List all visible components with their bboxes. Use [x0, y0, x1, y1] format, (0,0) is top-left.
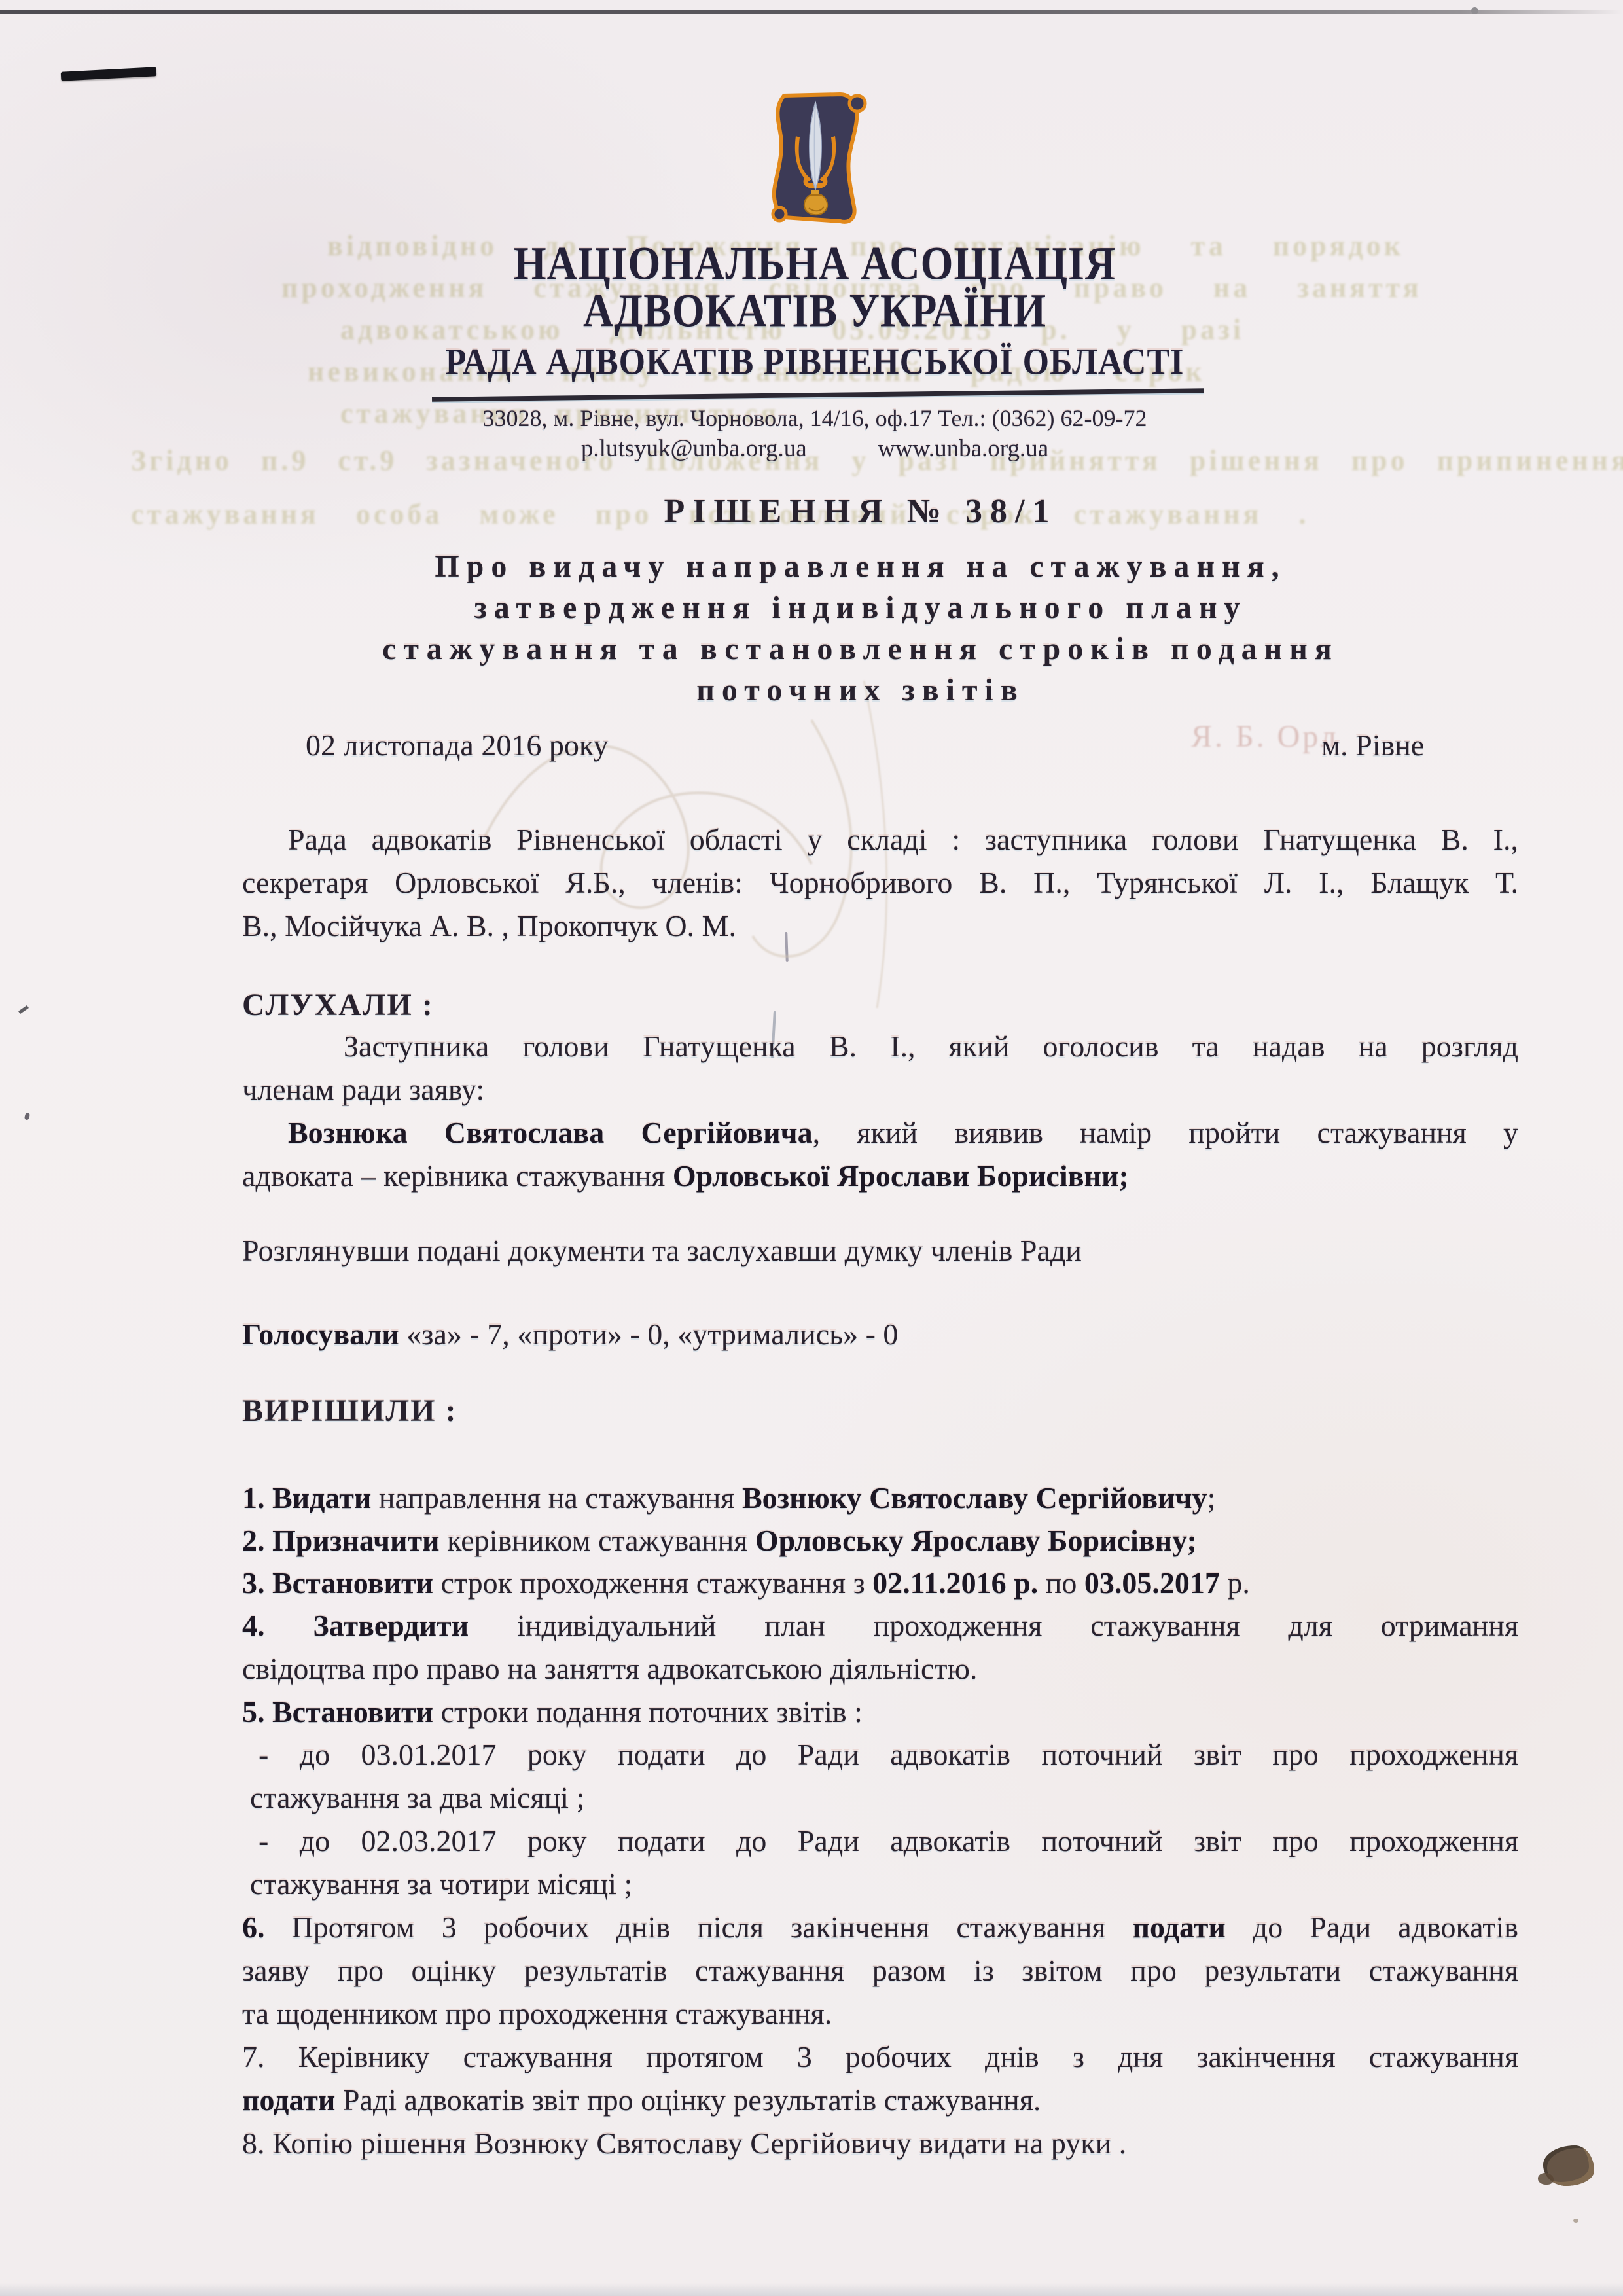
org-name-line1: НАЦІОНАЛЬНА АСОЦІАЦІЯ — [160, 240, 1469, 288]
ink-smudge-small — [1538, 2173, 1554, 2185]
item7-text: Раді адвокатів звіт про оцінку результат… — [335, 2083, 1041, 2117]
heard-p1-line2: членам ради заяву: — [242, 1068, 1518, 1111]
org-name-line3: РАДА АДВОКАТІВ РІВНЕНСЬКОЇ ОБЛАСТІ — [160, 343, 1469, 382]
council-composition-paragraph: Рада адвокатів Рівненської області у скл… — [242, 818, 1518, 948]
item4-action: 4. Затвердити — [242, 1609, 469, 1642]
scanned-decision-document: відповідно до Положення про організацію … — [0, 0, 1623, 2296]
resolution-item-5a: - до 03.01.2017 року подати до Ради адво… — [242, 1733, 1518, 1820]
subject-line-1: Про видачу направлення на стажування, — [242, 548, 1479, 584]
org-name-line2: АДВОКАТІВ УКРАЇНИ — [160, 287, 1469, 335]
scan-dot-artifact — [1471, 7, 1478, 14]
item2-name: Орловську Ярославу Борисівну; — [755, 1524, 1197, 1557]
resolution-item-8: 8. Копію рішення Вознюку Святославу Серг… — [242, 2122, 1518, 2165]
item7-line1: 7. Керівнику стажування протягом 3 робоч… — [242, 2036, 1518, 2079]
resolution-item-3: 3. Встановити строк проходження стажуван… — [242, 1562, 1518, 1605]
heard-heading: СЛУХАЛИ : — [242, 987, 434, 1023]
item3-text: строк проходження стажування з — [433, 1566, 872, 1600]
item1-text: направлення на стажування — [371, 1481, 742, 1515]
heard-p2-line1: Вознюка Святослава Сергійовича, який вия… — [242, 1111, 1518, 1155]
org-name-line2-text: АДВОКАТІВ УКРАЇНИ — [583, 284, 1046, 338]
org-name-line3-text: РАДА АДВОКАТІВ РІВНЕНСЬКОЇ ОБЛАСТІ — [446, 341, 1185, 384]
item6-text2: до Ради адвокатів — [1226, 1910, 1518, 1944]
considered-paragraph: Розглянувши подані документи та заслухав… — [242, 1229, 1518, 1272]
item3-action: 3. Встановити — [242, 1566, 433, 1600]
org-address: 33028, м. Рівне, вул. Чорновола, 14/16, … — [160, 404, 1469, 432]
subject-line-2: затвердження індивідуального плану — [242, 590, 1479, 626]
paper-speck — [1573, 2219, 1578, 2223]
scan-bottom-shadow — [0, 2283, 1623, 2296]
item6-number: 6. — [242, 1910, 265, 1944]
item4-line2: свідоцтва про право на заняття адвокатсь… — [242, 1647, 1518, 1691]
subject-line-3: стажування та встановлення строків подан… — [242, 631, 1479, 667]
black-marker-stroke — [61, 67, 157, 81]
resolution-item-2: 2. Призначити керівником стажування Орло… — [242, 1519, 1518, 1562]
item1-name: Вознюку Святославу Сергійовичу — [742, 1481, 1207, 1515]
intro-line-2: секретаря Орловської Я.Б., членів: Чорно… — [242, 861, 1518, 905]
decision-place: м. Рівне — [1321, 724, 1424, 767]
item6-line2: заяву про оцінку результатів стажування … — [242, 1949, 1518, 1992]
resolution-item-5: 5. Встановити строки подання поточних зв… — [242, 1691, 1518, 1734]
resolution-item-7: 7. Керівнику стажування протягом 3 робоч… — [242, 2036, 1518, 2122]
item3-tail: р. — [1220, 1566, 1250, 1600]
unba-logo-icon — [759, 85, 872, 226]
item5a-line1: - до 03.01.2017 року подати до Ради адво… — [242, 1733, 1518, 1776]
scan-top-edge-line — [0, 10, 1623, 14]
item7-line2: подати Раді адвокатів звіт про оцінку ре… — [242, 2079, 1518, 2122]
resolution-item-6: 6. Протягом 3 робочих днів після закінче… — [242, 1906, 1518, 2036]
intro-line-1: Рада адвокатів Рівненської області у скл… — [242, 818, 1518, 861]
trainee-name: Вознюка Святослава Сергійовича — [288, 1116, 813, 1149]
item3-date-start: 02.11.2016 р. — [872, 1566, 1038, 1600]
org-contacts-row: p.lutsyuk@unba.org.ua www.unba.org.ua — [160, 435, 1469, 463]
heard-p2-line1-text: , який виявив намір пройти стажування у — [813, 1116, 1518, 1149]
decision-date: 02 листопада 2016 року — [306, 724, 609, 767]
item3-text2: по — [1038, 1566, 1084, 1600]
org-website: www.unba.org.ua — [878, 435, 1048, 462]
item4-line1: 4. Затвердити індивідуальний план проход… — [242, 1604, 1518, 1647]
item2-text: керівником стажування — [440, 1524, 755, 1557]
subject-line-4: поточних звітів — [242, 672, 1479, 708]
left-edge-speck — [24, 1112, 31, 1120]
vote-counts: «за» - 7, «проти» - 0, «утримались» - 0 — [399, 1318, 899, 1351]
heard-paragraph-1: Заступника голови Гнатущенка В. І., який… — [242, 1025, 1518, 1111]
item6-line3: та щоденником про проходження стажування… — [242, 1992, 1518, 2036]
item6-text1: Протягом 3 робочих днів після закінчення… — [265, 1910, 1133, 1944]
heard-paragraph-2: Вознюка Святослава Сергійовича, який вия… — [242, 1111, 1518, 1198]
item1-tail: ; — [1207, 1481, 1216, 1515]
item4-text: індивідуальний план проходження стажуван… — [469, 1609, 1518, 1642]
item5b-line2: стажування за чотири місяці ; — [242, 1863, 1518, 1906]
heard-p1-line1: Заступника голови Гнатущенка В. І., який… — [242, 1025, 1518, 1068]
resolution-item-1: 1. Видати направлення на стажування Возн… — [242, 1477, 1518, 1520]
showthrough-signature: Я. Б. Орл — [1191, 719, 1339, 755]
item6-line1: 6. Протягом 3 робочих днів після закінче… — [242, 1906, 1518, 1949]
org-name-line1-text: НАЦІОНАЛЬНА АСОЦІАЦІЯ — [514, 237, 1116, 291]
decision-number-title: РІШЕННЯ № 38/1 — [242, 492, 1479, 531]
vote-label: Голосували — [242, 1318, 399, 1351]
item5b-line1: - до 02.03.2017 року подати до Ради адво… — [242, 1820, 1518, 1863]
supervisor-name: Орловської Ярослави Борисівни; — [673, 1159, 1129, 1193]
org-email: p.lutsyuk@unba.org.ua — [581, 435, 807, 462]
resolution-item-5b: - до 02.03.2017 року подати до Ради адво… — [242, 1820, 1518, 1906]
item1-action: 1. Видати — [242, 1481, 371, 1515]
heard-p2-line2-text: адвоката – керівника стажування — [242, 1159, 673, 1193]
left-edge-speck — [18, 1005, 29, 1014]
intro-line-3: В., Мосійчука А. В. , Прокопчук О. М. — [242, 905, 1518, 948]
vote-result-line: Голосували «за» - 7, «проти» - 0, «утрим… — [242, 1313, 1518, 1356]
item5a-line2: стажування за два місяці ; — [242, 1776, 1518, 1820]
header-divider-rule — [432, 388, 1204, 401]
item5-text: строки подання поточних звітів : — [433, 1695, 863, 1729]
item5-action: 5. Встановити — [242, 1695, 433, 1729]
resolution-item-4: 4. Затвердити індивідуальний план проход… — [242, 1604, 1518, 1691]
item6-submit: подати — [1133, 1910, 1226, 1944]
item7-submit: подати — [242, 2083, 335, 2117]
heard-p2-line2: адвоката – керівника стажування Орловськ… — [242, 1155, 1518, 1198]
item2-action: 2. Призначити — [242, 1524, 440, 1557]
item3-date-end: 03.05.2017 — [1084, 1566, 1220, 1600]
resolved-heading: ВИРІШИЛИ : — [242, 1393, 457, 1429]
